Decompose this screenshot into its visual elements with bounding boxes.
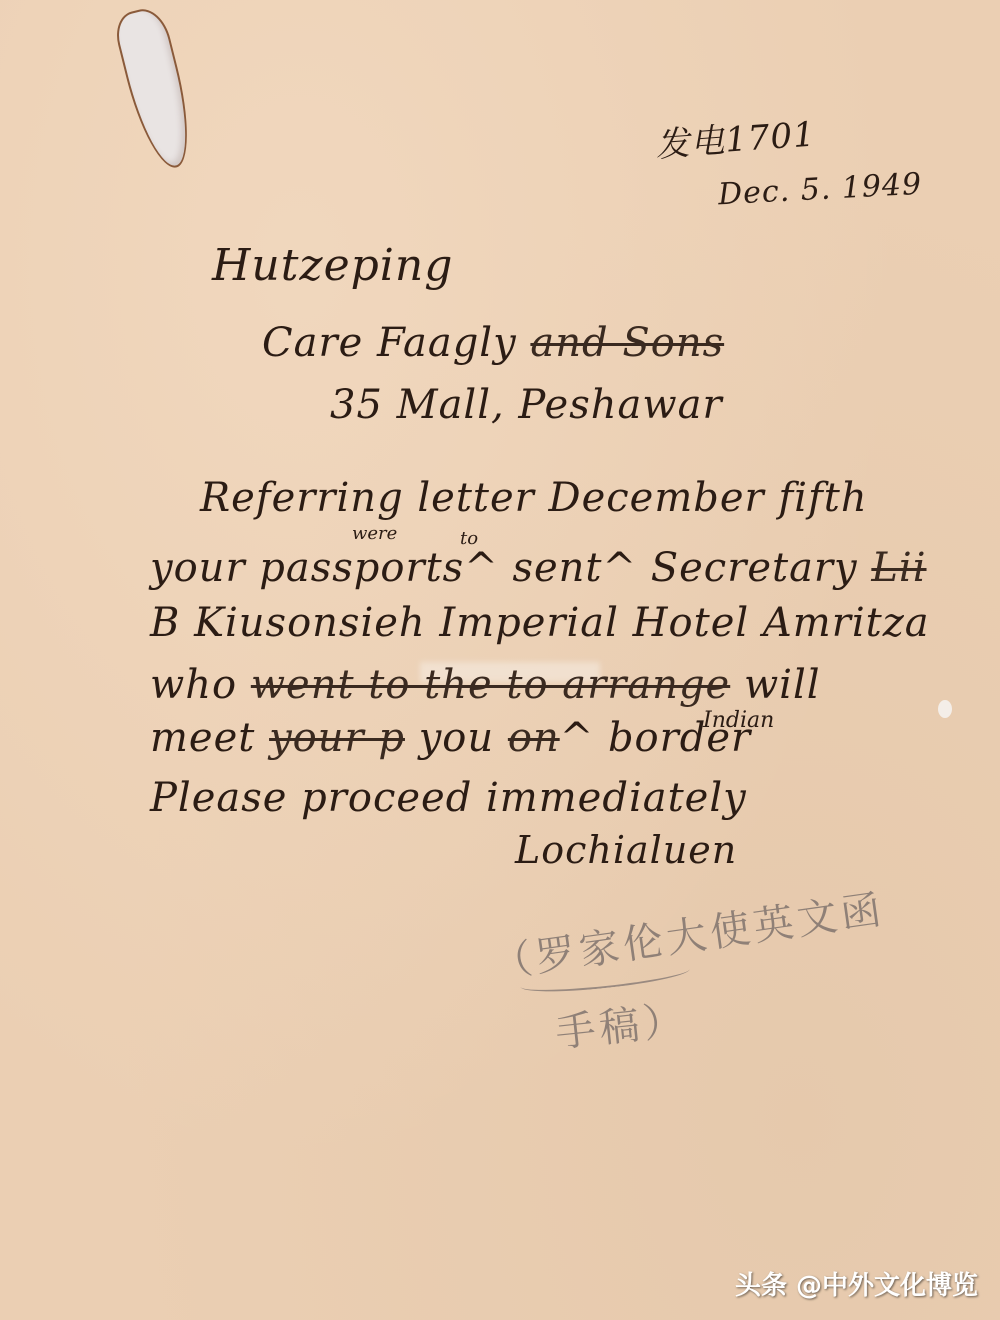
struck-text: and Sons (530, 320, 724, 366)
street-address: 35 Mall, Peshawar (330, 382, 723, 428)
body-line-5: meet your p you on^ border (150, 715, 751, 761)
text-segment: you (419, 715, 494, 761)
caret-mark: ^ (602, 545, 637, 591)
caret-mark: ^ (464, 545, 499, 591)
text-segment: border (608, 715, 751, 761)
care-of-text: Care Faagly (262, 320, 517, 366)
text-segment: Secretary (651, 545, 858, 591)
text-segment: who (150, 662, 237, 708)
struck-text: on (508, 715, 560, 761)
text-segment: your passports (150, 545, 464, 591)
care-of-line: Care Faagly and Sons (262, 320, 724, 366)
caret-mark: ^ (560, 715, 595, 761)
watermark: 头条 @中外文化博览 (735, 1265, 978, 1302)
text-segment: sent (512, 545, 602, 591)
struck-text: your p (269, 715, 405, 761)
signature: Lochialuen (515, 828, 737, 872)
text-segment: will (744, 662, 821, 708)
struck-text: Lii (871, 545, 926, 591)
recipient-name: Hutzeping (212, 240, 453, 291)
body-line-4: who went to the to arrange will (150, 662, 821, 708)
struck-text: went to the to arrange (251, 662, 730, 708)
text-segment: meet (150, 715, 255, 761)
body-line-3: B Kiusonsieh Imperial Hotel Amritza (150, 600, 930, 646)
insertion-were: were (352, 523, 397, 544)
paper-blemish (938, 700, 952, 718)
body-line-6: Please proceed immediately (150, 775, 747, 821)
body-line-1: Referring letter December fifth (200, 475, 868, 521)
body-line-2: your passports^ sent^ Secretary Lii (150, 545, 927, 591)
